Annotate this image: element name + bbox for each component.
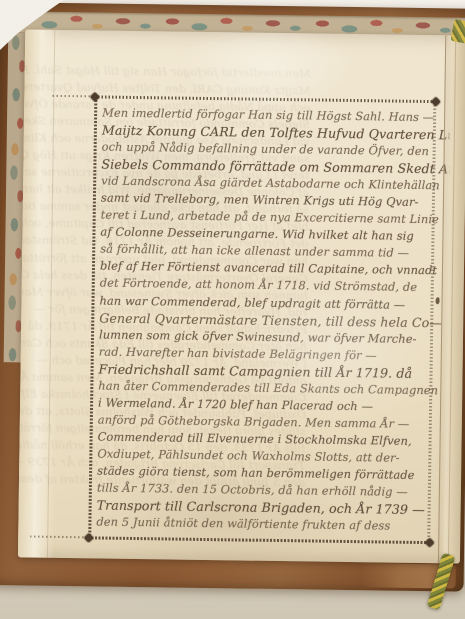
manuscript-line: den 5 Junii åtniöt den wälförtiente fruk… xyxy=(96,514,444,536)
book: Men imedlertid förfogar Han sig till Hög… xyxy=(0,2,465,592)
page-block: Men imedlertid förfogar Han sig till Hög… xyxy=(18,29,465,563)
border-bottom-line xyxy=(88,536,430,544)
photo-background: Men imedlertid förfogar Han sig till Hög… xyxy=(0,0,465,619)
border-corner-ornament xyxy=(425,538,435,548)
ruled-border-frame: Men imedlertid förfogar Han sig till Hög… xyxy=(88,95,436,544)
manuscript-text-block: Men imedlertid förfogar Han sig till Hög… xyxy=(96,105,450,536)
border-corner-ornament xyxy=(84,533,94,543)
ink-speck xyxy=(436,297,440,304)
